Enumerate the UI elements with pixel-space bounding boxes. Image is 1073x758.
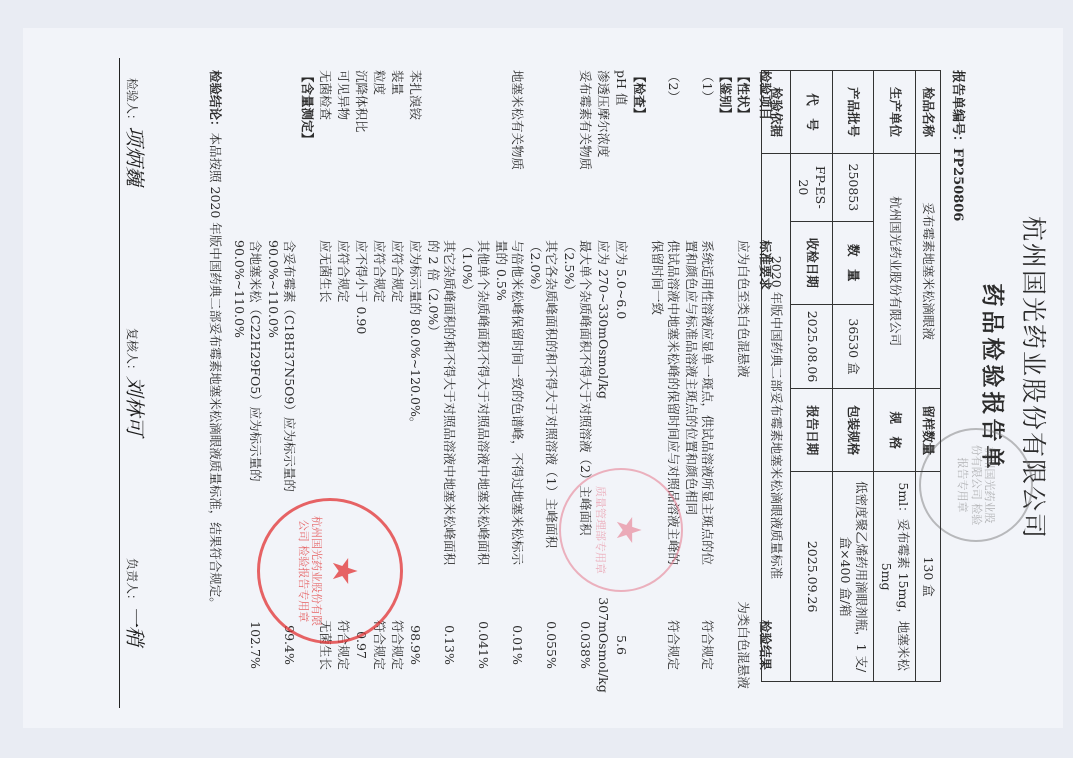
test-result: 符合规定 — [335, 580, 351, 710]
report-number-label: 报告单编号： — [950, 70, 965, 148]
test-item: 沉降体积比 — [353, 70, 369, 240]
batch-value: 250853 — [832, 154, 874, 222]
test-row: （2）供试品溶液中地塞米松峰的保留时间应与对照品溶液主峰的保留时间一致符合规定 — [647, 70, 681, 710]
test-result: 102.7% — [247, 580, 263, 710]
test-requirement: 其它各杂质峰面积的和不得大于对照溶液（1）主峰面积（2.0%） — [527, 240, 560, 570]
signature-line: 检验人：项炳巍 复核人：刘林可 负责人：一稍 — [119, 58, 148, 708]
retained-qty-label: 留样数量 — [915, 389, 940, 472]
test-row: 粒度应符合规定符合规定 — [369, 70, 387, 710]
test-requirement: 应无菌生长 — [317, 240, 333, 570]
received-date-label: 收检日期 — [791, 221, 833, 304]
report-date-value: 2025.09.26 — [791, 472, 833, 682]
inspector-signature: 检验人：项炳巍 — [122, 78, 148, 186]
test-item: 【含量测定】 — [299, 70, 315, 240]
retained-qty-value: 130 盒 — [915, 472, 940, 682]
quantity-label: 数 量 — [832, 221, 874, 304]
test-result: 98.9% — [407, 580, 423, 710]
test-result: 符合规定 — [665, 580, 681, 710]
test-items-list: 【性状】应为白色至类白色混悬液为类白色混悬液【鉴别】（1）系统适用性溶液应显单一… — [229, 70, 751, 710]
report-number-value: FP250806 — [950, 148, 965, 221]
test-item: 装量 — [389, 70, 405, 240]
packaging-label: 包装规格 — [832, 389, 874, 472]
test-item: pH 值 — [613, 70, 629, 240]
test-requirement: 应符合规定 — [371, 240, 387, 570]
test-row: 渗透压摩尔浓度应为 270~330mOsmol/kg307mOsmol/kg — [593, 70, 611, 710]
company-name: 杭州国光药业股份有限公司 — [1017, 28, 1050, 728]
spec-value: 5ml：妥布霉素 15mg，地塞米松 5mg — [874, 472, 916, 682]
report-date-label: 报告日期 — [791, 389, 833, 472]
test-result: 0.041% — [475, 580, 491, 710]
test-item: 妥布霉素有关物质 — [577, 70, 593, 240]
inspection-report-page: 杭州国光药业股份有限公司 药品检验报告单 杭州国光药业股份有限公司 检验报告专用… — [23, 28, 1063, 728]
batch-label: 产品批号 — [832, 71, 874, 154]
test-item: 【检查】 — [631, 70, 647, 240]
test-row: 【性状】应为白色至类白色混悬液为类白色混悬液 — [733, 70, 751, 710]
reviewer-label: 复核人： — [125, 328, 139, 376]
received-date-value: 2025.08.06 — [791, 304, 833, 389]
test-row: 其它杂质峰面积的和不得大于对照品溶液中地塞米松峰面积的 2 倍（2.0%）0.1… — [423, 70, 457, 710]
product-name-label: 检品名称 — [915, 71, 940, 154]
test-item: 地塞米松有关物质 — [509, 70, 525, 240]
test-row: 沉降体积比应不得小于 0.900.97 — [351, 70, 369, 710]
report-title: 药品检验报告单 — [977, 28, 1007, 728]
test-row: 【鉴别】 — [715, 70, 733, 710]
conclusion-label: 检验结论： — [208, 70, 223, 133]
test-row: 无菌检查应无菌生长无菌生长 — [315, 70, 333, 710]
test-result: 0.97 — [353, 580, 369, 710]
test-item: （1） — [699, 70, 715, 240]
reviewer-name: 刘林可 — [123, 376, 147, 436]
test-requirement: 其他单个杂质峰面积不得大于对照品溶液中地塞米松峰面积（1.0%） — [459, 240, 492, 570]
test-item: 渗透压摩尔浓度 — [595, 70, 611, 240]
inspector-name: 项炳巍 — [123, 126, 147, 186]
test-row: 其他单个杂质峰面积不得大于对照品溶液中地塞米松峰面积（1.0%）0.041% — [457, 70, 491, 710]
test-requirement: 系统适用性溶液应显单一斑点，供试品溶液所显主斑点的位置和颜色应与标准品溶液主斑点… — [683, 240, 716, 570]
test-requirement: 最大单个杂质峰面积不得大于对照溶液（2）主峰面积（2.5%） — [561, 240, 594, 570]
test-requirement: 应不得小于 0.90 — [353, 240, 369, 570]
test-requirement: 应符合规定 — [335, 240, 351, 570]
test-result: 5.6 — [613, 580, 629, 710]
test-item: 【性状】 — [735, 70, 751, 240]
conclusion: 检验结论：本品按照 2020 年版中国药典二部妥布霉素地塞米松滴眼液质量标准，结… — [207, 70, 223, 710]
supervisor-name: 一稍 — [123, 606, 147, 646]
reviewer-signature: 复核人：刘林可 — [122, 328, 148, 436]
quantity-value: 36530 盒 — [832, 304, 874, 389]
test-result: 307mOsmol/kg — [595, 580, 611, 710]
packaging-value: 低密度聚乙烯药用滴眼剂瓶，1 支/盒×400 盒/箱 — [832, 472, 874, 682]
product-name-value: 妥布霉素地塞米松滴眼液 — [915, 154, 940, 389]
test-requirement: 应为 5.0~6.0 — [613, 240, 629, 570]
test-item: 【鉴别】 — [717, 70, 733, 240]
test-item: （2） — [665, 70, 681, 240]
code-value: FP-ES-20 — [791, 154, 833, 222]
test-requirement: 应符合规定 — [389, 240, 405, 570]
report-number: 报告单编号：FP250806 — [948, 70, 965, 221]
test-requirement: 含妥布霉素（C18H37N5O9）应为标示量的 90.0%~110.0% — [265, 240, 298, 570]
manufacturer-label: 生产单位 — [874, 71, 916, 154]
test-result: 99.4% — [281, 580, 297, 710]
test-row: （1）系统适用性溶液应显单一斑点，供试品溶液所显主斑点的位置和颜色应与标准品溶液… — [681, 70, 715, 710]
test-item: 粒度 — [371, 70, 387, 240]
test-item: 无菌检查 — [317, 70, 333, 240]
test-requirement: 与倍他米松峰保留时间一致的色谱峰，不得过地塞米松标示量的 0.5% — [493, 240, 526, 570]
test-row: 可见异物应符合规定符合规定 — [333, 70, 351, 710]
inspector-label: 检验人： — [125, 78, 139, 126]
test-requirement: 其它杂质峰面积的和不得大于对照品溶液中地塞米松峰面积的 2 倍（2.0%） — [425, 240, 458, 570]
column-item: 检验项目 — [757, 70, 773, 240]
test-result: 为类白色混悬液 — [735, 580, 751, 710]
test-row: 苯扎溴铵应为标示量的 80.0%~120.0%。98.9% — [405, 70, 423, 710]
conclusion-text: 本品按照 2020 年版中国药典二部妥布霉素地塞米松滴眼液质量标准，结果符合规定… — [208, 133, 223, 610]
column-requirement: 标准要求 — [757, 240, 773, 570]
test-row: 装量应符合规定符合规定 — [387, 70, 405, 710]
test-result: 符合规定 — [371, 580, 387, 710]
supervisor-signature: 负责人：一稍 — [122, 558, 148, 646]
test-row: 妥布霉素有关物质最大单个杂质峰面积不得大于对照溶液（2）主峰面积（2.5%）0.… — [559, 70, 593, 710]
test-item: 可见异物 — [335, 70, 351, 240]
test-requirement: 含地塞米松（C22H29FO5）应为标示量的 90.0%~110.0% — [231, 240, 264, 570]
manufacturer-value: 杭州国光药业股份有限公司 — [874, 154, 916, 389]
code-label: 代 号 — [791, 71, 833, 154]
header-table: 检品名称 妥布霉素地塞米松滴眼液 留样数量 130 盒 生产单位 杭州国光药业股… — [761, 70, 941, 682]
test-result: 0.038% — [577, 580, 593, 710]
test-row: 地塞米松有关物质与倍他米松峰保留时间一致的色谱峰，不得过地塞米松标示量的 0.5… — [491, 70, 525, 710]
test-requirement: 应为白色至类白色混悬液 — [735, 240, 751, 570]
test-result: 无菌生长 — [317, 580, 333, 710]
test-result: 0.055% — [543, 580, 559, 710]
supervisor-label: 负责人： — [125, 558, 139, 606]
test-row: 【检查】 — [629, 70, 647, 710]
column-result: 检验结果 — [757, 580, 773, 710]
column-headers: 检验项目 标准要求 检验结果 — [753, 70, 773, 710]
test-requirement: 应为 270~330mOsmol/kg — [595, 240, 611, 570]
test-row: 含地塞米松（C22H29FO5）应为标示量的 90.0%~110.0%102.7… — [229, 70, 263, 710]
test-row: 【含量测定】 — [297, 70, 315, 710]
test-result: 符合规定 — [389, 580, 405, 710]
test-item: 苯扎溴铵 — [407, 70, 423, 240]
test-row: pH 值应为 5.0~6.05.6 — [611, 70, 629, 710]
test-result: 0.13% — [441, 580, 457, 710]
spec-label: 规 格 — [874, 389, 916, 472]
test-row: 含妥布霉素（C18H37N5O9）应为标示量的 90.0%~110.0%99.4… — [263, 70, 297, 710]
test-result: 0.01% — [509, 580, 525, 710]
test-result: 符合规定 — [699, 580, 715, 710]
test-requirement: 供试品溶液中地塞米松峰的保留时间应与对照品溶液主峰的保留时间一致 — [649, 240, 682, 570]
test-requirement: 应为标示量的 80.0%~120.0%。 — [407, 240, 423, 570]
test-row: 其它各杂质峰面积的和不得大于对照溶液（1）主峰面积（2.0%）0.055% — [525, 70, 559, 710]
